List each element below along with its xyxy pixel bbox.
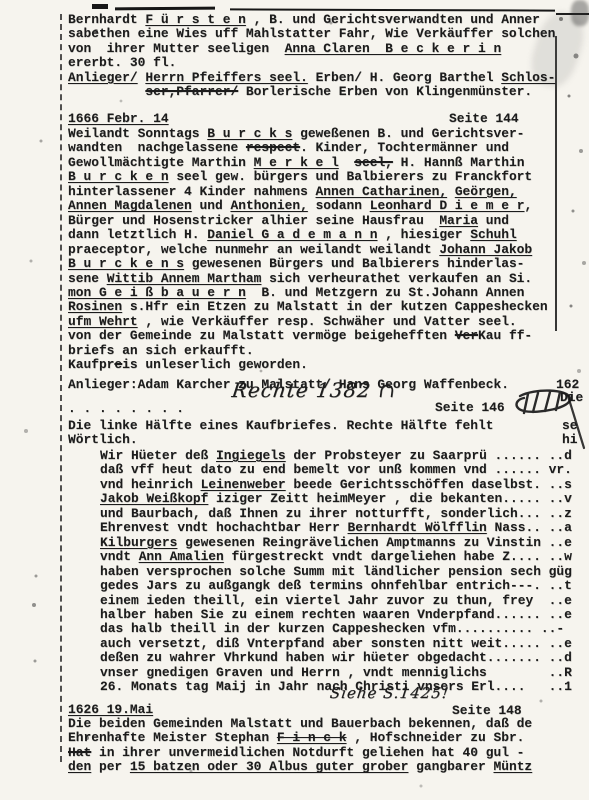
text-line: Wörtlich. xyxy=(68,433,493,447)
kaufbrief-page-ref: Seite 146 xyxy=(435,401,505,415)
text-line: auch versetzt, diß Vnterpfand aber sonst… xyxy=(100,637,572,651)
text-line: Die beiden Gemeinden Malstatt und Bauerb… xyxy=(68,717,532,731)
text-line: sene Wittib Annem Martham sich verheurat… xyxy=(68,272,548,286)
text-line: Ehrenvest vndt hochachtbar Herr Bernhard… xyxy=(100,521,572,535)
text-line: Gewollmächtigte Marthin M e r k e l seel… xyxy=(68,156,548,170)
text-line: Kilburgers gewesenen Reingrävelichen Amp… xyxy=(100,536,572,550)
text-line: wandten nachgelassene respect. Kinder, T… xyxy=(68,141,548,155)
text-line: B u r c k e n s gewesenen Bürgers und Ba… xyxy=(68,257,548,271)
text-line: deßen zu wahrer Vhrkund haben wir hüeter… xyxy=(100,651,572,665)
scan-streak xyxy=(115,7,215,11)
text-line: Seite 146 xyxy=(435,401,505,415)
text-line: Siehe S.1425! xyxy=(329,686,450,700)
text-line: ufm Wehrt , wie Verkäuffer resp. Schwähe… xyxy=(68,315,548,329)
document-page: Bernhardt F ü r s t e n , B. und Gericht… xyxy=(0,0,589,800)
edge-fragment-die: Die xyxy=(560,391,583,405)
text-line: Die linke Hälfte eines Kaufbriefes. Rech… xyxy=(68,419,493,433)
kaufbrief-woertlich: Wir Hüeter deß Ingiegels der Probsteyer … xyxy=(100,449,572,695)
text-line: ser,Pfarrer/ Borlerische Erben von Kling… xyxy=(68,85,555,99)
text-line: hinterlassener 4 Kinder nahmens Annen Ca… xyxy=(68,185,548,199)
handwritten-rechte-note: Rechte 1382 ∩ xyxy=(231,383,397,397)
text-line: praeceptor, welche nunmehr an weilandt w… xyxy=(68,243,548,257)
kaufbrief-intro: Die linke Hälfte eines Kaufbriefes. Rech… xyxy=(68,419,493,448)
entry-1666-date: 1666 Febr. 14 xyxy=(68,112,169,126)
text-line: briefs an sich erkaufft. xyxy=(68,344,548,358)
text-line: und Baurbach, daß Ihnen zu ihrer notturf… xyxy=(100,507,572,521)
text-line: vnser gnedigen Graven und Herrn , vndt m… xyxy=(100,666,572,680)
entry-1666-body: Weilandt Sonntags B u r c k s geweßenen … xyxy=(68,127,548,373)
text-line: sabethen eine Wies uff Mahlstatter Fahr,… xyxy=(68,27,555,41)
entry-1626-body: Die beiden Gemeinden Malstatt und Bauerb… xyxy=(68,717,532,775)
text-line: Bernhardt F ü r s t e n , B. und Gericht… xyxy=(68,13,555,27)
text-line: Rosinen s.Hfr ein Etzen zu Malstatt in d… xyxy=(68,300,548,314)
text-line: halber haben Sie zu einem rechten waaren… xyxy=(100,608,572,622)
text-line: Seite 144 xyxy=(449,112,519,126)
text-line: Bürger und Hosenstricker alhier seine Ha… xyxy=(68,214,548,228)
text-line: Weilandt Sonntags B u r c k s geweßenen … xyxy=(68,127,548,141)
text-line: Ehrenhafte Meister Stephan F i n c k , H… xyxy=(68,731,532,745)
text-line: mon G e i ß b a u e r n B. und Metzgern … xyxy=(68,286,548,300)
left-margin-line xyxy=(60,14,62,762)
text-line: Jakob Weißkopf iziger Zeitt heimMeyer , … xyxy=(100,492,572,506)
text-line: daß vff heut dato zu end bemelt vor unß … xyxy=(100,463,572,477)
text-line: Kaufpreis unleserlich geworden. xyxy=(68,358,548,372)
edge-fragment-hi: hi xyxy=(562,433,577,447)
text-line: 1666 Febr. 14 xyxy=(68,112,169,126)
text-line: Hat in ihrer unvermeidlichen Notdurft ge… xyxy=(68,746,532,760)
text-line: . . . . . . . . xyxy=(68,402,184,416)
text-line: von ihrer Mutter seeligen Anna Claren B … xyxy=(68,42,555,56)
text-line: vnd heinrich Leinenweber beede Gerichtss… xyxy=(100,478,572,492)
scan-smudge xyxy=(571,0,589,26)
handwritten-siehe-note: Siehe S.1425! xyxy=(329,686,450,700)
text-line: von der Gemeinde zu Malstatt vermöge bei… xyxy=(68,329,548,343)
text-line: Annen Magdalenen und Anthonien, sodann L… xyxy=(68,199,548,213)
text-line: hi xyxy=(562,433,577,447)
scan-streak xyxy=(92,4,108,9)
text-line: gedes Jars zu außgangk deß termins ohnfe… xyxy=(100,579,572,593)
separator-dots: . . . . . . . . xyxy=(68,402,184,416)
text-line: dann letztlich H. Daniel G a d e m a n n… xyxy=(68,228,548,242)
text-line: Rechte 1382 ∩ xyxy=(231,383,397,397)
noise-speckles xyxy=(0,0,2,2)
text-line: B u r c k e n seel gew. bürgers und Balb… xyxy=(68,170,548,184)
text-line: ererbt. 30 fl. xyxy=(68,56,555,70)
text-line: haben versprochen solche Summ mit ländli… xyxy=(100,565,572,579)
text-line: den per 15 batzen oder 30 Albus guter gr… xyxy=(68,760,532,774)
text-line: Wir Hüeter deß Ingiegels der Probsteyer … xyxy=(100,449,572,463)
text-line: das halb theill in der kurzen Cappesheck… xyxy=(100,622,572,636)
text-line: Anlieger/ Herrn Pfeiffers seel. Erben/ H… xyxy=(68,71,555,85)
text-line: einem ieden theill, ein viertel Jahr zuv… xyxy=(100,594,572,608)
text-line: vndt Ann Amalien fürgestreckt vndt darge… xyxy=(100,550,572,564)
text-line: Die xyxy=(560,391,583,405)
continued-entry-top: Bernhardt F ü r s t e n , B. und Gericht… xyxy=(68,13,555,100)
entry-1666-page-ref: Seite 144 xyxy=(449,112,519,126)
